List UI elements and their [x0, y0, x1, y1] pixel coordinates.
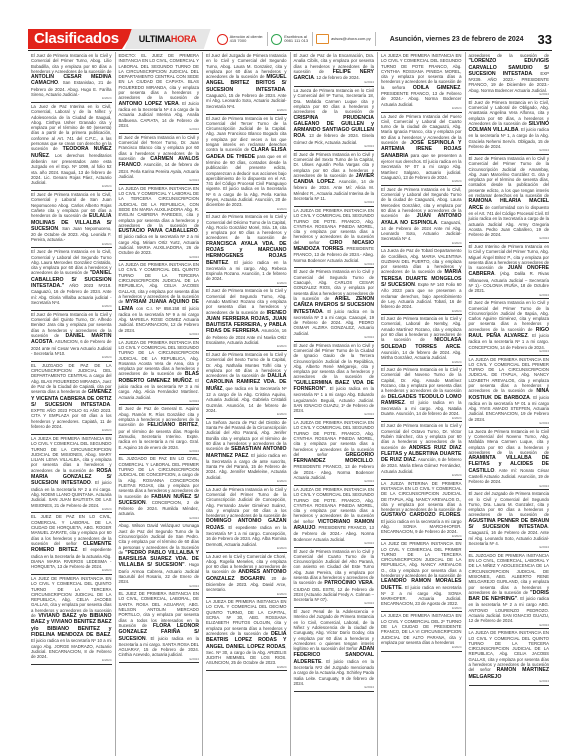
legal-notice: El Juez de Primera Instancia en lo Civil… — [469, 299, 550, 355]
notice-ref: E/2024 — [206, 480, 287, 484]
mail-icon — [316, 34, 329, 44]
notice-ref: E/2024 — [31, 356, 112, 360]
notice-ref: E/2024 — [469, 294, 550, 298]
legal-notice: El Juez del Juzgado de Primera Instancia… — [206, 52, 287, 115]
notice-ref: E/2024 — [381, 107, 462, 111]
notice-ref: E/2024 — [381, 180, 462, 184]
legal-notice: El Juez de Primera Instancia en lo Civil… — [119, 134, 200, 185]
legal-notice: LA JUEZA DE PRIMERA INSTANCIA EN LO CIVI… — [119, 185, 200, 261]
notice-ref: E/2024 — [469, 680, 550, 684]
legal-notice: El Juez de Primera Instancia en lo Civil… — [381, 366, 462, 422]
notice-ref: E/2024 — [294, 542, 375, 546]
notice-text: EDICTO: EL JUEZ DE PRIMERA INSTANCIA EN … — [119, 53, 200, 100]
notice-ref: E/2024 — [119, 450, 200, 454]
notice-ref: E/2024 — [31, 569, 112, 573]
legal-notice: LA JUEZA DE PRIMERA INSTANCIA EN LO CIVI… — [206, 598, 287, 671]
deceased-name: FELICIANO BRITEZ — [147, 422, 197, 428]
column-2: EDICTO: EL JUEZ DE PRIMERA INSTANCIA EN … — [116, 52, 204, 756]
notice-ref: E/2024 — [381, 474, 462, 478]
notice-text: La Jueza de Primera Instancia en lo Civi… — [469, 429, 550, 455]
notice-ref: E/2024 — [119, 658, 200, 662]
legal-notice: LA JUEZ DE PRIMERA INSTANCIA EN LO CIVIL… — [31, 575, 112, 665]
header-divider — [28, 50, 552, 51]
notice-text: LA JUEZA INTERINA DE PRIMERA INSTANCIA E… — [381, 481, 462, 512]
legal-notice: La Jueza de Paz de Tobatí Departamento d… — [381, 247, 462, 315]
legal-notice: El Juez de Paz de la Encarnación, Dra. A… — [294, 52, 375, 87]
notice-ref: E/2024 — [206, 666, 287, 670]
notice-ref: E/2024 — [31, 97, 112, 101]
legal-notice: El Juez de Primera Instancia en lo Civil… — [31, 311, 112, 362]
notice-ref: E/2024 — [381, 646, 462, 650]
legal-notice: El Juez de Primera Instancia en lo Civil… — [294, 342, 375, 419]
notice-text: La Jueza de Primera Instancia en lo Civi… — [294, 88, 375, 114]
notice-ref: E/2024 — [381, 417, 462, 421]
notice-text: EL JUZGADO DE PAZ EN LO CIVIL, COMERCIAL… — [119, 456, 200, 498]
legal-notice: El Juez de Primera Instancia en lo Civil… — [206, 213, 287, 287]
notice-text: LA JUEZA DE PRIMERA INSTANCIA EN LO CIVI… — [119, 262, 200, 304]
notice-ref: E/2024 — [119, 517, 200, 521]
notice-ref: E/2024 — [119, 585, 200, 589]
column-5: LA JUEZA DE PRIMERA INSTANCIA EN LO CIVI… — [378, 52, 466, 756]
notice-text: El Juez del Juzgado de Primera Instancia… — [469, 491, 550, 517]
legal-notice: La Jueza de Primera Instancia en lo Civi… — [294, 87, 375, 151]
legal-notice: LA JUEZA DE PRIMERA INSTANCIA EN LO CIVI… — [31, 435, 112, 513]
notice-text: LA JUEZ DE PRIMERA INSTANCIA EN LO CIVIL… — [31, 576, 112, 618]
legal-notice: El Juez de Primera Instancia en lo Civil… — [206, 115, 287, 214]
notice-ref: E/2024 — [294, 336, 375, 340]
legal-notice: La Juez de Primera Instancia del Fuero C… — [381, 113, 462, 186]
logo-main: ULTIMA — [139, 34, 171, 44]
deceased-name: VIVIANO BAEZ y/o BIBIANO BAEZ y VIVIANO … — [31, 613, 112, 638]
legal-notice: La Juez de Paz Interina en lo Civil, Com… — [31, 103, 112, 191]
notice-ref: E/2024 — [31, 185, 112, 189]
newspaper-logo: ULTIMAHORA — [125, 29, 211, 49]
notice-ref: E/2024 — [206, 109, 287, 113]
legal-notice: LA JUEZA DE PRIMERA INSTANCIA EN LO CIVI… — [119, 339, 200, 406]
notice-ref: E/2024 — [381, 242, 462, 246]
notice-text: EL JUZGADO DE PRIMERA INSTANCIA EN LO CI… — [469, 553, 550, 595]
notice-ref: E/2024 — [294, 686, 375, 690]
legal-notice: El Juez de Primera Instancia en lo Civil… — [381, 422, 462, 479]
legal-notice: El Juez de Primera Instancia en lo Civil… — [294, 151, 375, 207]
email-contact[interactable]: avisos@uhora.com.py — [316, 32, 376, 46]
notice-ref: E/2024 — [381, 535, 462, 539]
page-number: 33 — [538, 32, 552, 47]
deceased-name: ODILA GIMENEZ — [413, 85, 460, 91]
legal-notice: La Juez en lo Civil y Comercial de Choré… — [206, 553, 287, 599]
notice-ref: E/2024 — [206, 413, 287, 417]
notice-text: El Juez de Primera Instancia en lo Civil… — [31, 53, 112, 74]
notice-ref: E/2024 — [31, 508, 112, 512]
whatsapp-icon — [271, 34, 282, 45]
legal-notice: El Juez del Juzgado de Primera Instancia… — [469, 490, 550, 552]
legal-notice: LA JUEZA DE PRIMERA INSTANCIA EN LO CIVI… — [469, 629, 550, 685]
notice-ref: E/2024 — [381, 607, 462, 611]
whatsapp-contact: Escribinos al0981 111 013 — [271, 32, 313, 46]
legal-notice: La Jueza de Primera Instancia en lo Civi… — [469, 428, 550, 491]
legal-notice: El Juez de Primera Instancia en lo Civil… — [294, 268, 375, 341]
legal-notice: El Juez de Primera Instancia en lo Civil… — [31, 52, 112, 103]
legal-notice: LA JUEZA DE PRIMERA INSTANCIA EN LO CIVI… — [119, 261, 200, 338]
notice-text: LA JUEZA DE PRIMERA INSTANCIA EN LO CIVI… — [381, 613, 462, 644]
notice-ref: E/2024 — [206, 593, 287, 597]
deceased-name: PATROCINIO VERA — [324, 580, 372, 586]
notice-ref: E/2024 — [119, 400, 200, 404]
deceased-name: GUSTAVO CARDOZO FLORES — [381, 512, 460, 518]
legal-notice: LA JUEZA DE PRIMERA INSTANCIA EN LO CIVI… — [469, 356, 550, 428]
notice-details: . 13 de febrero de 2024. Gisela Gómez de… — [294, 133, 375, 144]
column-1: El Juez de Primera Instancia en lo Civil… — [28, 52, 116, 756]
contact-info: Atención al cliente:415 7000 Escribinos … — [217, 32, 376, 46]
legal-notice: La Juez de Primera Instancia en lo Civil… — [206, 486, 287, 553]
notice-ref: E/2024 — [206, 208, 287, 212]
notice-ref: E/2024 — [469, 485, 550, 489]
notice-ref: E/2024 — [206, 547, 287, 551]
legal-notice: acreedores de la sucesión de "LORENZO ED… — [469, 52, 550, 99]
legal-notice: El Juez de Primera Instancia en lo Civil… — [381, 186, 462, 248]
legal-notice: EL JUEZ DE PAZ EN LO CIVIL, COMERCIAL Y … — [31, 513, 112, 575]
column-4: El Juez de Paz de la Encarnación, Dra. A… — [291, 52, 379, 756]
legal-notice: El Juez de Primera Instancia en lo Civil… — [469, 155, 550, 243]
logo-accent: HORA — [171, 34, 197, 44]
notice-ref: E/2024 — [469, 350, 550, 354]
notice-text: El Juez Penal de la Adolescencia e Inter… — [294, 609, 375, 651]
notice-ref: E/2024 — [294, 602, 375, 606]
notice-ref: E/2024 — [31, 659, 112, 663]
notice-ref: E/2024 — [119, 333, 200, 337]
legal-notice: El Juez de Primera Instancia en lo Civil… — [206, 287, 287, 351]
notice-ref: E/2024 — [294, 145, 375, 149]
notice-ref: E/2024 — [469, 237, 550, 241]
legal-notice: EL JUEZ DE PRIMERA INSTANCIA EN LO CIVIL… — [119, 590, 200, 663]
notice-ref: E/2024 — [31, 243, 112, 247]
notice-ref: E/2024 — [381, 310, 462, 314]
notice-ref: E/2024 — [206, 345, 287, 349]
notice-ref: E/2024 — [294, 480, 375, 484]
customer-service-contact: Atención al cliente:415 7000 — [217, 32, 269, 46]
legal-notice: El Juez de Primera Instancia en lo Civil… — [469, 99, 550, 155]
phone-icon — [217, 34, 228, 45]
notice-ref: E/2024 — [469, 624, 550, 628]
notice-text: LA JUEZA DE PRIMERA INSTANCIA EN LO CIVI… — [119, 186, 200, 228]
legal-notice: Abog. Wilson David Velázquez Urunaga Jue… — [119, 522, 200, 590]
legal-notice: La Señora Jueza de Paz del Distrito de S… — [206, 419, 287, 486]
legal-notice: El Juez Interino de Primera Instancia en… — [469, 243, 550, 299]
classifieds-columns: El Juez de Primera Instancia en lo Civil… — [28, 52, 552, 756]
notice-ref: E/2024 — [119, 179, 200, 183]
legal-notice: El Juez Penal de la Adolescencia e Inter… — [294, 608, 375, 692]
legal-notice: EL JUZGADO DE PAZ DE LA CIRCUNSCRIPCION … — [31, 362, 112, 435]
notice-text: El Juez de Primera Instancia en lo Civil… — [206, 214, 287, 240]
legal-notice: El Juez de Paz de General E. Aquino Abog… — [119, 405, 200, 455]
notice-text: La Juez de Paz Interina en lo Civil, Com… — [31, 104, 112, 151]
notice-text: LA JUEZA DE PRIMERA INSTANCIA EN LO CIVI… — [469, 630, 550, 672]
deceased-name: EUSTACIO PAIVA CABALLERO — [119, 228, 198, 234]
notice-ref: E/2024 — [294, 201, 375, 205]
notice-details: para que en el término de 60 días, conta… — [206, 154, 287, 208]
notice-text: La Juez de Primera Instancia en lo Civil… — [206, 487, 287, 518]
publication-date: Asunción, viernes 23 de febrero de 2024 — [390, 36, 524, 43]
column-6: acreedores de la sucesión de "LORENZO ED… — [466, 52, 553, 756]
notice-ref: E/2024 — [206, 282, 287, 286]
legal-notice: LA JUEZ DE PRIMERA INSTANCIA EN LO CIVIL… — [381, 540, 462, 612]
legal-notice: El Juez de Primera Instancia en lo Civil… — [381, 315, 462, 366]
notice-ref: E/2024 — [119, 128, 200, 132]
notice-ref: E/2024 — [469, 93, 550, 97]
notice-ref: E/2024 — [119, 256, 200, 260]
notice-text: acreedores de la sucesión de — [469, 53, 550, 58]
page-header: Clasificados ULTIMAHORA Atención al clie… — [28, 29, 552, 49]
deceased-name: AGUSTINA PENNER DE BRAUN S/ SUCESION INT… — [469, 518, 550, 530]
legal-notice: LA JUEZA DE PRIMERA INSTANCIA EN LO CIVI… — [294, 486, 375, 548]
notice-text: El Juez de Primera Instancia en lo Civil… — [469, 156, 550, 198]
deceased-name: ANTONIO LOPEZ VERA — [119, 101, 179, 107]
notice-details: . 12 de febrero de 2024. — [314, 75, 360, 80]
notice-ref: E/2024 — [469, 149, 550, 153]
notice-ref: E/2024 — [294, 413, 375, 417]
legal-notice: EL JUZGADO DE PRIMERA INSTANCIA EN LO CI… — [469, 552, 550, 629]
legal-notice: LA JUEZA DE PRIMERA INSTANCIA EN LO CIVI… — [294, 207, 375, 269]
legal-notice: El Juez de Primera Instancia en lo Civil… — [206, 351, 287, 419]
legal-notice: LA JUEZA DE PRIMERA INSTANCIA EN LO CIVI… — [381, 52, 462, 113]
notice-text: El Juez de Primera Instancia en lo Civil… — [294, 343, 375, 380]
notice-ref: E/2024 — [381, 361, 462, 365]
legal-notice: LA JUEZA DE PRIMERA INSTANCIA EN LO CIVI… — [294, 419, 375, 486]
notice-ref: E/2024 — [469, 546, 550, 550]
legal-notice: El Juez de Primera Instancia en lo Civil… — [31, 248, 112, 311]
notice-ref: E/2024 — [294, 81, 375, 85]
notice-text: LA JUEZ DE PRIMERA INSTANCIA EN LO CIVIL… — [381, 541, 462, 578]
legal-notice: El Juez de Primera Instancia en lo Civil… — [294, 548, 375, 609]
legal-notice: El Juez de Primera Instancia en lo Civil… — [31, 191, 112, 248]
notice-ref: E/2024 — [31, 305, 112, 309]
notice-ref: E/2024 — [469, 422, 550, 426]
notice-ref: E/2024 — [294, 263, 375, 267]
column-3: El Juez del Juzgado de Primera Instancia… — [203, 52, 291, 756]
legal-notice: EL JUZGADO DE PAZ EN LO CIVIL, COMERCIAL… — [119, 455, 200, 522]
section-title: Clasificados — [28, 29, 135, 49]
notice-ref: E/2024 — [31, 429, 112, 433]
legal-notice: LA JUEZA DE PRIMERA INSTANCIA EN LO CIVI… — [381, 612, 462, 651]
legal-notice: LA JUEZA INTERINA DE PRIMERA INSTANCIA E… — [381, 480, 462, 541]
legal-notice: EDICTO: EL JUEZ DE PRIMERA INSTANCIA EN … — [119, 52, 200, 134]
